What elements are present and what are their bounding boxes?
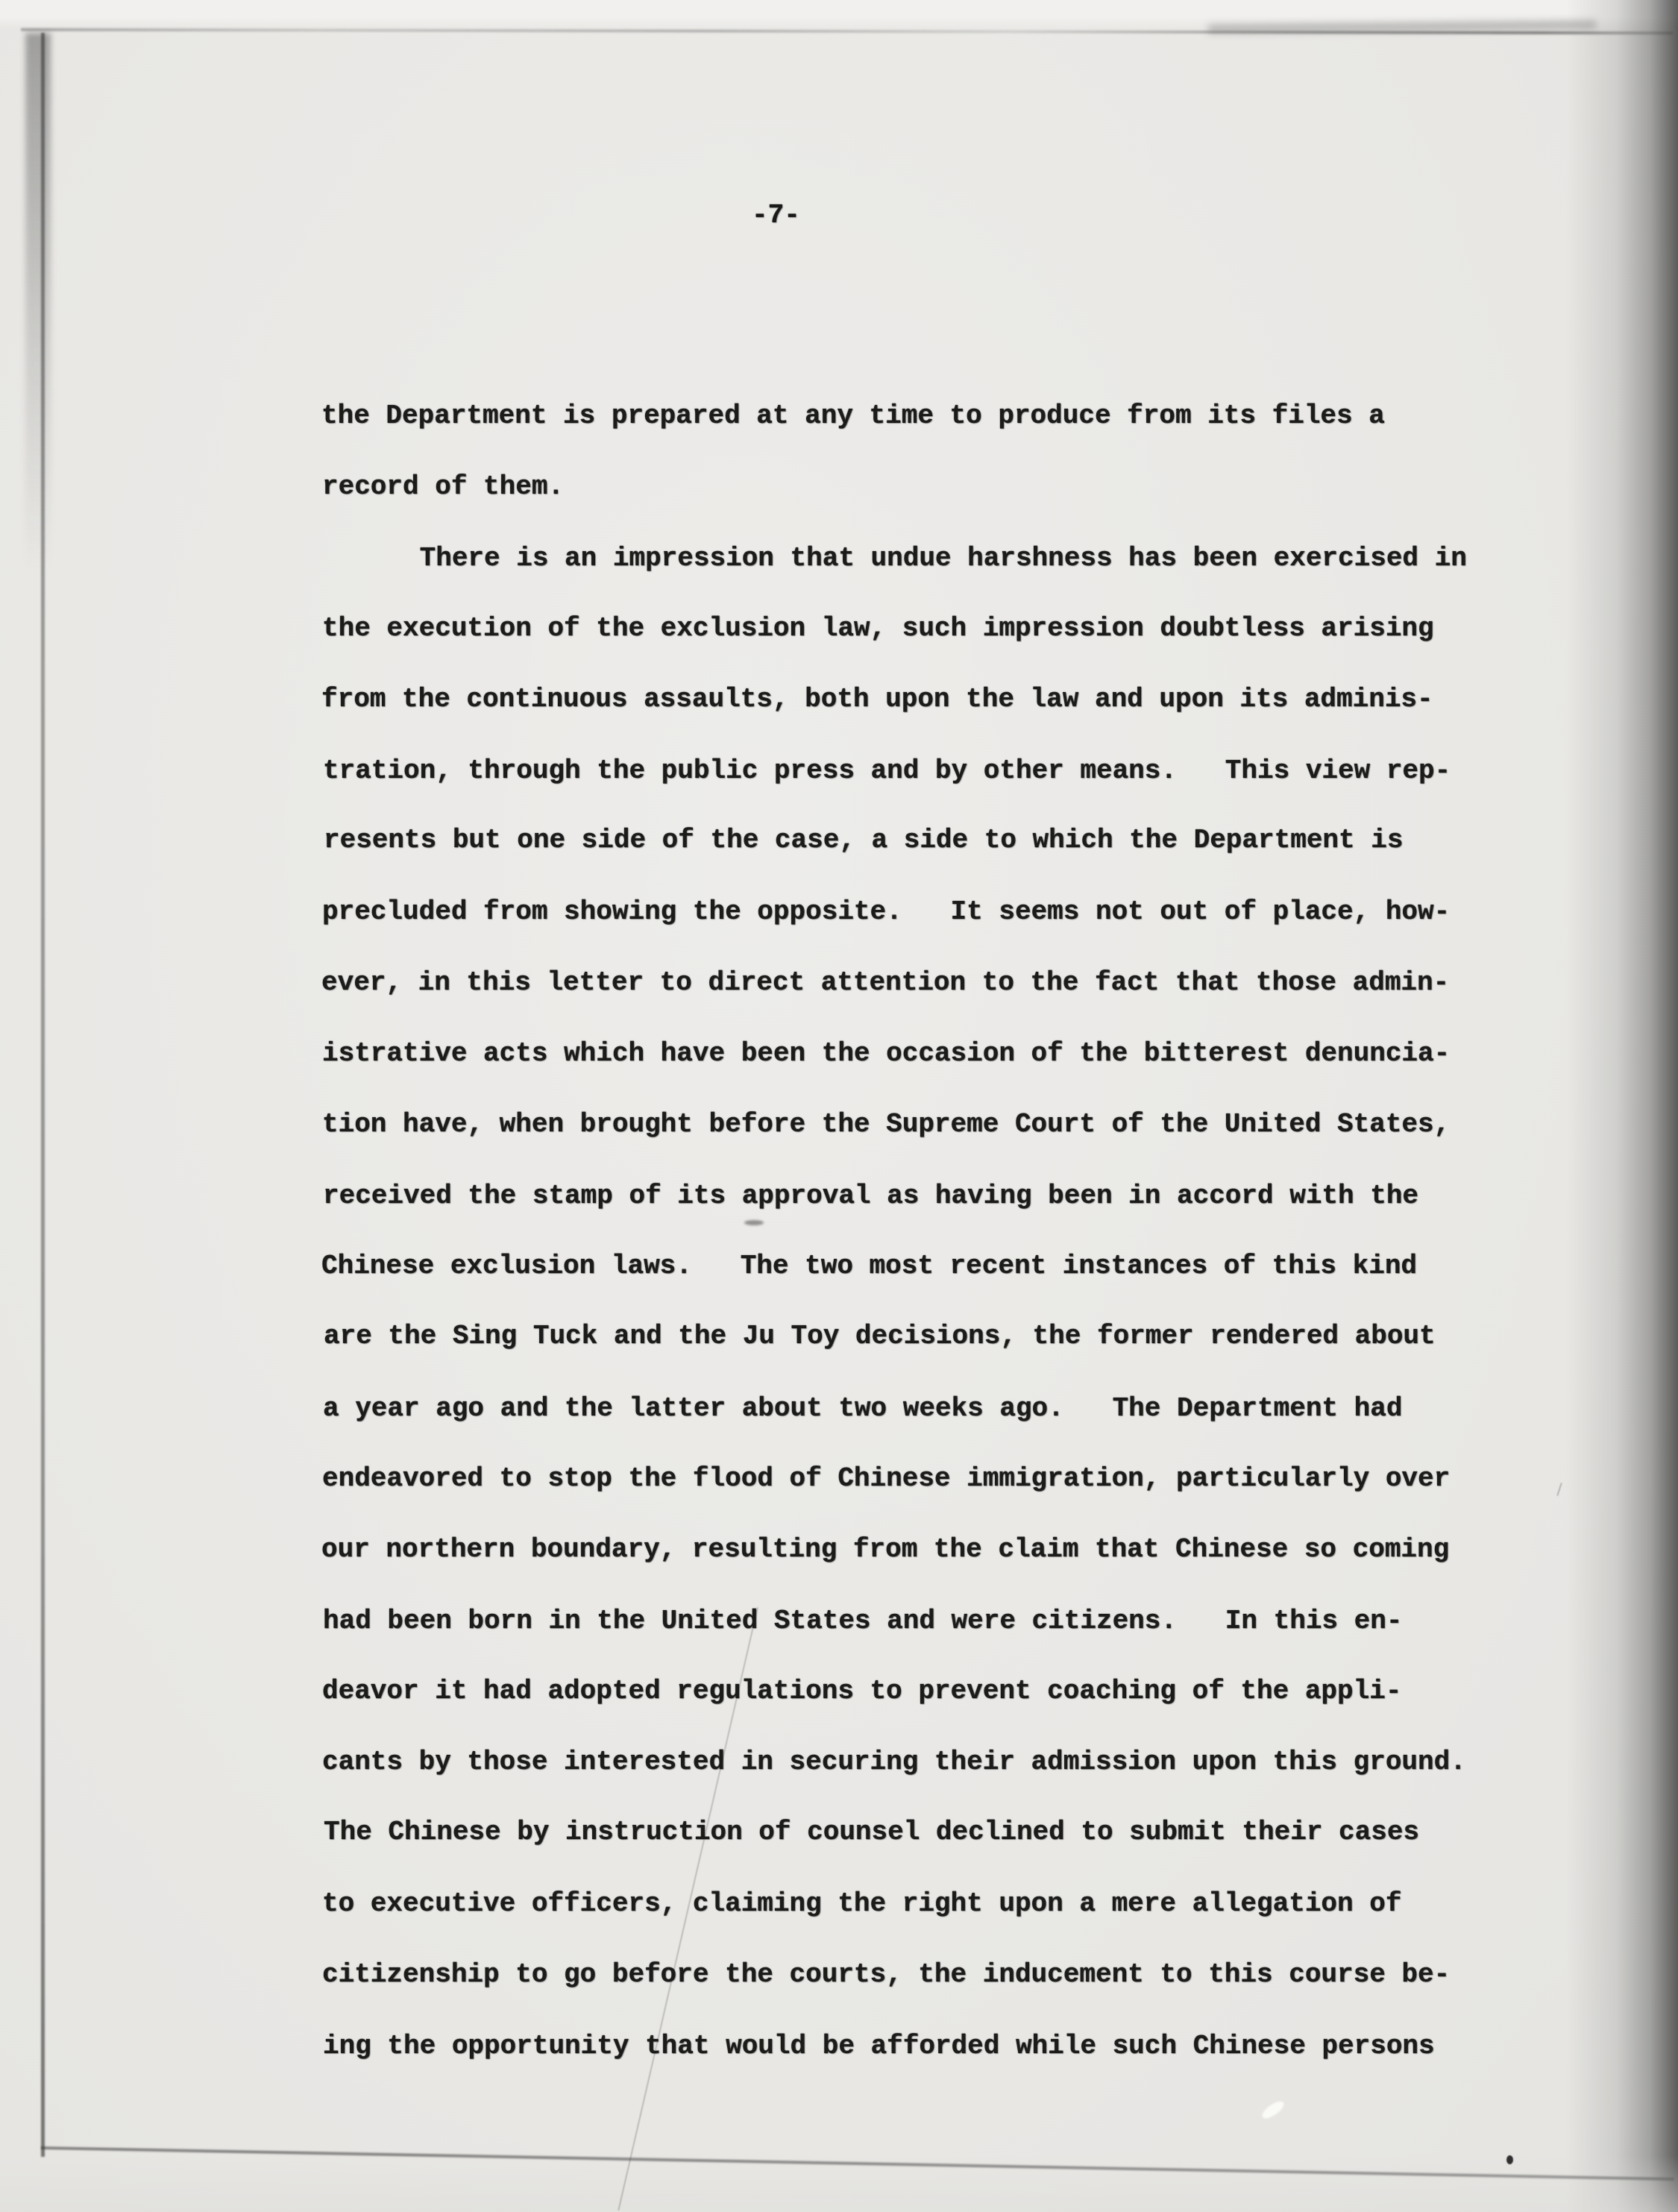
text-line: tion have, when brought before the Supre… (322, 1089, 1530, 1160)
text-line: a year ago and the latter about two week… (323, 1373, 1531, 1444)
text-line: tration, through the public press and by… (323, 735, 1531, 806)
text-line: precluded from showing the opposite. It … (322, 876, 1530, 947)
text-line: ing the opportunity that would be afford… (323, 2011, 1531, 2081)
page-edge-left-smudge (25, 33, 51, 570)
text-line: received the stamp of its approval as ha… (323, 1160, 1531, 1231)
text-line: ever, in this letter to direct attention… (321, 947, 1530, 1018)
ink-speck (1506, 2155, 1513, 2164)
paper-fleck (1260, 2099, 1286, 2122)
scanned-document-page: -7- the Department is prepared at any ti… (0, 0, 1678, 2212)
page-edge-left (41, 33, 45, 2157)
text-line: are the Sing Tuck and the Ju Toy decisio… (324, 1301, 1532, 1371)
text-line: endeavored to stop the flood of Chinese … (322, 1443, 1530, 1514)
stray-mark (1556, 1483, 1562, 1496)
text-line: citizenship to go before the courts, the… (322, 1939, 1530, 2010)
text-line: to executive officers, claiming the righ… (322, 1868, 1530, 1939)
text-line: istrative acts which have been the occas… (322, 1018, 1530, 1089)
text-line: the execution of the exclusion law, such… (322, 593, 1530, 664)
text-line: from the continuous assaults, both upon … (321, 664, 1530, 735)
text-line: cants by those interested in securing th… (322, 1726, 1530, 1797)
text-line: record of them. (322, 451, 1530, 522)
text-line: had been born in the United States and w… (323, 1586, 1531, 1656)
typewritten-text-block: the Department is prepared at any time t… (322, 380, 1530, 2081)
text-line: resents but one side of the case, a side… (324, 805, 1532, 876)
text-line: The Chinese by instruction of counsel de… (324, 1797, 1532, 1867)
scan-shadow-right (1566, 0, 1678, 2212)
text-line: our northern boundary, resulting from th… (321, 1514, 1530, 1585)
text-line: deavor it had adopted regulations to pre… (322, 1656, 1530, 1726)
scan-bottom-margin (0, 2155, 1678, 2212)
page-number: -7- (752, 200, 800, 230)
text-line: Chinese exclusion laws. The two most rec… (321, 1231, 1530, 1301)
text-line: There is an impression that undue harshn… (323, 523, 1531, 594)
text-line: the Department is prepared at any time t… (321, 380, 1530, 451)
